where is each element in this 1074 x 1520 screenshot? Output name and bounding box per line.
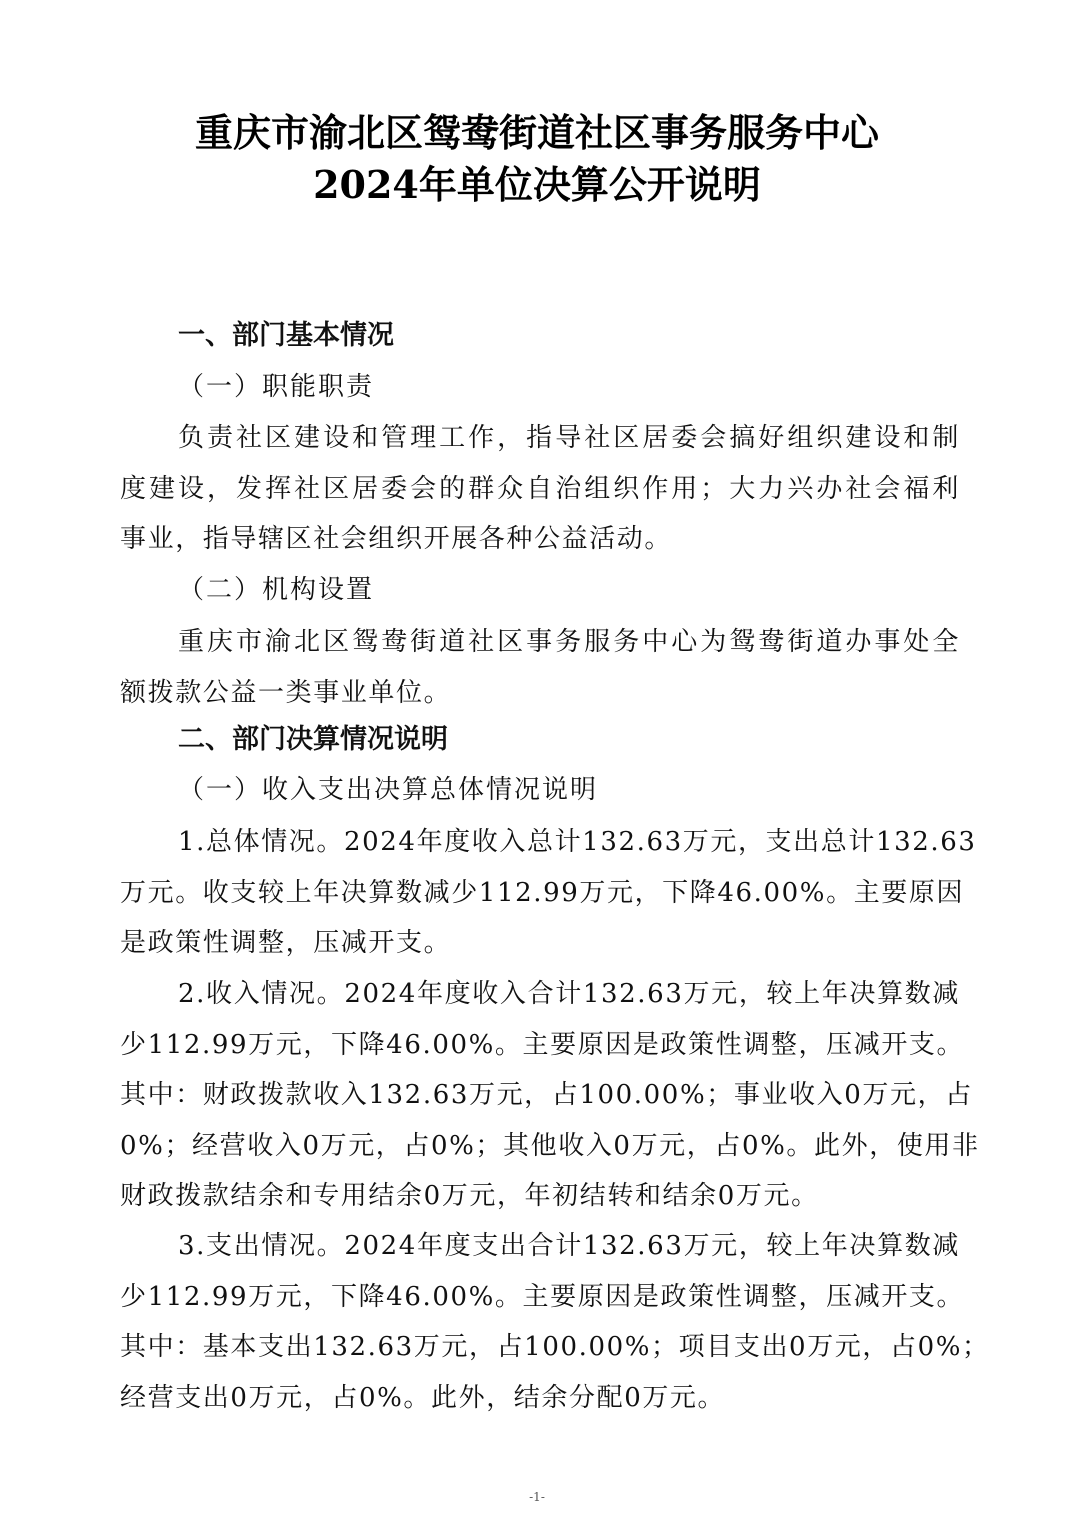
paragraph-line: 万元。收支较上年决算数减少112.99万元，下降46.00%。主要原因 [120,868,960,919]
paragraph-expenditure: 3.支出情况。2024年度支出合计132.63万元，较上年决算数减 少112.9… [120,1221,960,1423]
paragraph-line: 1.总体情况。2024年度收入总计132.63万元，支出总计132.63 [120,817,960,868]
paragraph-line: 其中：基本支出132.63万元，占100.00%；项目支出0万元，占0%； [120,1322,960,1373]
paragraph-line: 其中：财政拨款收入132.63万元，占100.00%；事业收入0万元，占 [120,1070,960,1121]
paragraph-line: 2.收入情况。2024年度收入合计132.63万元，较上年决算数减 [120,969,960,1020]
paragraph-functions: 负责社区建设和管理工作，指导社区居委会搞好组织建设和制 度建设，发挥社区居委会的… [120,413,960,565]
paragraph-organization: 重庆市渝北区鸳鸯街道社区事务服务中心为鸳鸯街道办事处全 额拨款公益一类事业单位。 [120,617,960,718]
paragraph-line: 重庆市渝北区鸳鸯街道社区事务服务中心为鸳鸯街道办事处全 [120,617,960,668]
document-title-line-1: 重庆市渝北区鸳鸯街道社区事务服务中心 [0,108,1074,158]
subsection-heading-income-expense-overview: （一）收入支出决算总体情况说明 [178,770,598,810]
paragraph-line: 少112.99万元，下降46.00%。主要原因是政策性调整，压减开支。 [120,1272,960,1323]
paragraph-line: 额拨款公益一类事业单位。 [120,668,960,719]
document-title-line-2: 2024年单位决算公开说明 [0,160,1074,210]
section-heading-basic-info: 一、部门基本情况 [178,316,394,356]
paragraph-overall: 1.总体情况。2024年度收入总计132.63万元，支出总计132.63 万元。… [120,817,960,969]
paragraph-line: 3.支出情况。2024年度支出合计132.63万元，较上年决算数减 [120,1221,960,1272]
paragraph-line: 是政策性调整，压减开支。 [120,918,960,969]
paragraph-income: 2.收入情况。2024年度收入合计132.63万元，较上年决算数减 少112.9… [120,969,960,1222]
paragraph-line: 经营支出0万元，占0%。此外，结余分配0万元。 [120,1373,960,1424]
subsection-heading-functions: （一）职能职责 [178,367,374,407]
paragraph-line: 0%；经营收入0万元，占0%；其他收入0万元，占0%。此外，使用非 [120,1121,960,1172]
document-page: 重庆市渝北区鸳鸯街道社区事务服务中心 2024年单位决算公开说明 一、部门基本情… [0,0,1074,1520]
section-heading-final-accounts: 二、部门决算情况说明 [178,720,448,760]
paragraph-line: 财政拨款结余和专用结余0万元，年初结转和结余0万元。 [120,1171,960,1222]
page-number: -1- [0,1490,1074,1504]
subsection-heading-organization: （二）机构设置 [178,570,374,610]
paragraph-line: 事业，指导辖区社会组织开展各种公益活动。 [120,514,960,565]
paragraph-line: 少112.99万元，下降46.00%。主要原因是政策性调整，压减开支。 [120,1020,960,1071]
paragraph-line: 负责社区建设和管理工作，指导社区居委会搞好组织建设和制 [120,413,960,464]
paragraph-line: 度建设，发挥社区居委会的群众自治组织作用；大力兴办社会福利 [120,464,960,515]
